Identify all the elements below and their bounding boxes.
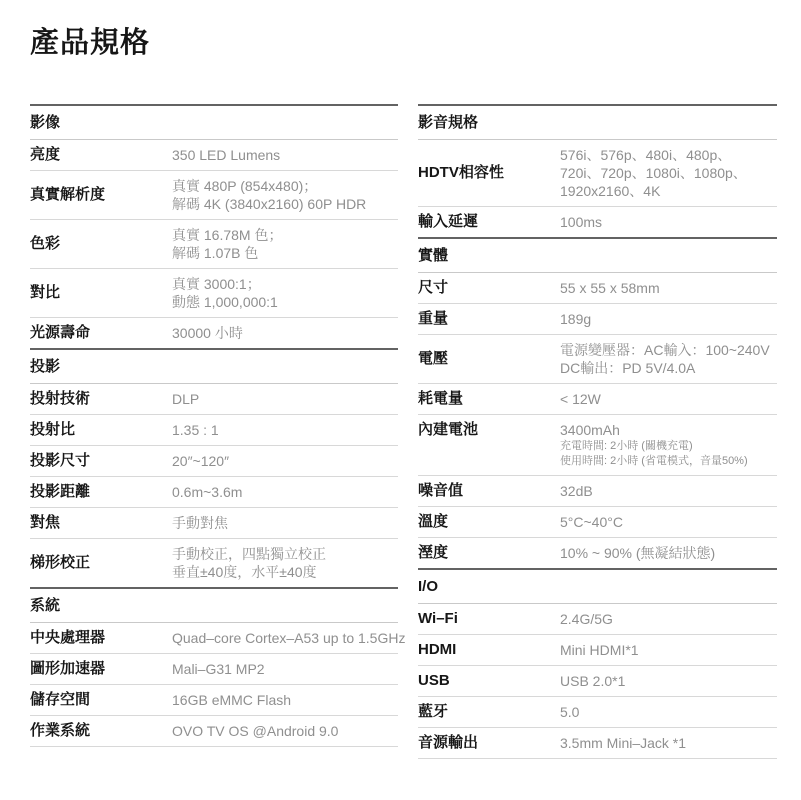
row-value-line: 5°C~40°C <box>560 513 777 531</box>
spec-row: 圖形加速器Mali–G31 MP2 <box>30 654 398 685</box>
row-value-line: 解碼 4K (3840x2160) 60P HDR <box>172 195 398 213</box>
spec-row: 耗電量< 12W <box>418 384 777 415</box>
spec-section: I/OWi–Fi2.4G/5GHDMIMini HDMI*1USBUSB 2.0… <box>418 568 777 759</box>
row-value: Mini HDMI*1 <box>560 641 777 659</box>
row-label: 溫度 <box>418 513 560 531</box>
row-value-line: 32dB <box>560 482 777 500</box>
row-value: 32dB <box>560 482 777 500</box>
row-value: 10% ~ 90% (無凝結狀態) <box>560 544 777 562</box>
row-label: 光源壽命 <box>30 324 172 342</box>
row-value-line: Quad–core Cortex–A53 up to 1.5GHz <box>172 629 398 647</box>
row-value-line: 16GB eMMC Flash <box>172 691 398 709</box>
row-value: OVO TV OS @Android 9.0 <box>172 722 398 740</box>
row-value: 189g <box>560 310 777 328</box>
spec-column-right: 影音規格HDTV相容性576i、576p、480i、480p、720i、720p… <box>418 104 777 759</box>
spec-row: Wi–Fi2.4G/5G <box>418 604 777 635</box>
spec-row: 投影尺寸20″~120″ <box>30 446 398 477</box>
spec-row: 電壓電源變壓器：AC輸入：100~240VDC輸出：PD 5V/4.0A <box>418 335 777 384</box>
row-label: 色彩 <box>30 235 172 253</box>
spec-row: 輸入延遲100ms <box>418 207 777 237</box>
row-value: Mali–G31 MP2 <box>172 660 398 678</box>
spec-row: USBUSB 2.0*1 <box>418 666 777 697</box>
spec-row: 投射技術DLP <box>30 384 398 415</box>
row-value-line: 20″~120″ <box>172 452 398 470</box>
row-value: 20″~120″ <box>172 452 398 470</box>
row-value-line: 動態 1,000,000:1 <box>172 293 398 311</box>
row-label: 溼度 <box>418 544 560 562</box>
row-value-line: 1.35 : 1 <box>172 421 398 439</box>
spec-section: 實體尺寸55 x 55 x 58mm重量189g電壓電源變壓器：AC輸入：100… <box>418 237 777 568</box>
row-value-line: 真實 480P (854x480)； <box>172 177 398 195</box>
row-label: 亮度 <box>30 146 172 164</box>
row-value: 3.5mm Mini–Jack *1 <box>560 734 777 752</box>
row-label: 梯形校正 <box>30 554 172 572</box>
row-value: < 12W <box>560 390 777 408</box>
row-label: Wi–Fi <box>418 610 560 628</box>
row-value: USB 2.0*1 <box>560 672 777 690</box>
spec-columns: 影像亮度350 LED Lumens真實解析度真實 480P (854x480)… <box>30 104 777 759</box>
row-label: 作業系統 <box>30 722 172 740</box>
row-value-line: 100ms <box>560 213 777 231</box>
row-value: 0.6m~3.6m <box>172 483 398 501</box>
row-label: 投影尺寸 <box>30 452 172 470</box>
row-label: 對比 <box>30 284 172 302</box>
row-label: 尺寸 <box>418 279 560 297</box>
spec-row: 對焦手動對焦 <box>30 508 398 539</box>
spec-row: 溼度10% ~ 90% (無凝結狀態) <box>418 538 777 568</box>
section-title: I/O <box>418 570 777 604</box>
row-label: 投影距離 <box>30 483 172 501</box>
spec-page: 產品規格 影像亮度350 LED Lumens真實解析度真實 480P (854… <box>0 0 801 759</box>
row-value-line: 720i、720p、1080i、1080p、 <box>560 164 777 182</box>
row-value-line: 189g <box>560 310 777 328</box>
row-label: 中央處理器 <box>30 629 172 647</box>
spec-row: 藍牙5.0 <box>418 697 777 728</box>
page-title: 產品規格 <box>30 26 777 60</box>
spec-section: 影像亮度350 LED Lumens真實解析度真實 480P (854x480)… <box>30 104 398 348</box>
row-label: 噪音值 <box>418 482 560 500</box>
row-value-line: 1920x2160、4K <box>560 182 777 200</box>
row-value: 5°C~40°C <box>560 513 777 531</box>
row-value-line: 55 x 55 x 58mm <box>560 279 777 297</box>
row-subvalue-line: 充電時間: 2小時 (關機充電) <box>560 439 777 454</box>
row-value: 電源變壓器：AC輸入：100~240VDC輸出：PD 5V/4.0A <box>560 341 777 377</box>
row-value: 手動校正，四點獨立校正垂直±40度，水平±40度 <box>172 545 398 581</box>
row-value-line: 手動對焦 <box>172 514 398 532</box>
row-label: 藍牙 <box>418 703 560 721</box>
spec-row: 作業系統OVO TV OS @Android 9.0 <box>30 716 398 747</box>
row-label: 投射比 <box>30 421 172 439</box>
row-value: 真實 3000:1；動態 1,000,000:1 <box>172 275 398 311</box>
row-value-line: 垂直±40度，水平±40度 <box>172 563 398 581</box>
row-value-line: OVO TV OS @Android 9.0 <box>172 722 398 740</box>
row-label: 對焦 <box>30 514 172 532</box>
row-label: 圖形加速器 <box>30 660 172 678</box>
spec-row: 色彩真實 16.78M 色；解碼 1.07B 色 <box>30 220 398 269</box>
row-label: 真實解析度 <box>30 186 172 204</box>
row-value: Quad–core Cortex–A53 up to 1.5GHz <box>172 629 398 647</box>
row-value-line: USB 2.0*1 <box>560 672 777 690</box>
row-value-line: 3400mAh <box>560 421 777 439</box>
spec-row: 梯形校正手動校正，四點獨立校正垂直±40度，水平±40度 <box>30 539 398 587</box>
row-label: 電壓 <box>418 350 560 368</box>
row-value-line: 2.4G/5G <box>560 610 777 628</box>
row-value-line: Mali–G31 MP2 <box>172 660 398 678</box>
row-value-line: < 12W <box>560 390 777 408</box>
row-value: 55 x 55 x 58mm <box>560 279 777 297</box>
spec-section: 投影投射技術DLP投射比1.35 : 1投影尺寸20″~120″投影距離0.6m… <box>30 348 398 587</box>
row-value-line: 電源變壓器：AC輸入：100~240V <box>560 341 777 359</box>
row-value-line: 真實 16.78M 色； <box>172 226 398 244</box>
row-value: 576i、576p、480i、480p、720i、720p、1080i、1080… <box>560 146 777 200</box>
spec-row: HDMIMini HDMI*1 <box>418 635 777 666</box>
row-label: 重量 <box>418 310 560 328</box>
row-label: 音源輸出 <box>418 734 560 752</box>
row-label: 投射技術 <box>30 390 172 408</box>
section-title: 系統 <box>30 589 398 623</box>
spec-row: 光源壽命30000 小時 <box>30 318 398 348</box>
spec-row: 內建電池3400mAh充電時間: 2小時 (關機充電)使用時間: 2小時 (省電… <box>418 415 777 476</box>
spec-row: 儲存空間16GB eMMC Flash <box>30 685 398 716</box>
row-label: USB <box>418 672 560 690</box>
row-value-line: DLP <box>172 390 398 408</box>
row-value: 350 LED Lumens <box>172 146 398 164</box>
row-label: 輸入延遲 <box>418 213 560 231</box>
spec-row: 投射比1.35 : 1 <box>30 415 398 446</box>
spec-section: 系統中央處理器Quad–core Cortex–A53 up to 1.5GHz… <box>30 587 398 747</box>
row-value: 3400mAh充電時間: 2小時 (關機充電)使用時間: 2小時 (省電模式，音… <box>560 421 777 469</box>
spec-row: 對比真實 3000:1；動態 1,000,000:1 <box>30 269 398 318</box>
section-title: 影像 <box>30 106 398 140</box>
spec-row: 噪音值32dB <box>418 476 777 507</box>
row-label: HDMI <box>418 641 560 659</box>
row-label: HDTV相容性 <box>418 164 560 182</box>
spec-column-left: 影像亮度350 LED Lumens真實解析度真實 480P (854x480)… <box>30 104 398 747</box>
row-value-line: 576i、576p、480i、480p、 <box>560 146 777 164</box>
row-value-line: 真實 3000:1； <box>172 275 398 293</box>
row-value: 真實 16.78M 色；解碼 1.07B 色 <box>172 226 398 262</box>
row-value-line: 解碼 1.07B 色 <box>172 244 398 262</box>
row-value-line: 0.6m~3.6m <box>172 483 398 501</box>
row-value-line: Mini HDMI*1 <box>560 641 777 659</box>
row-value-line: 5.0 <box>560 703 777 721</box>
row-value: 16GB eMMC Flash <box>172 691 398 709</box>
row-value: 30000 小時 <box>172 324 398 342</box>
row-value: 手動對焦 <box>172 514 398 532</box>
spec-row: 真實解析度真實 480P (854x480)；解碼 4K (3840x2160)… <box>30 171 398 220</box>
row-value: 2.4G/5G <box>560 610 777 628</box>
row-value: 100ms <box>560 213 777 231</box>
spec-row: HDTV相容性576i、576p、480i、480p、720i、720p、108… <box>418 140 777 207</box>
row-value: 5.0 <box>560 703 777 721</box>
row-value-line: DC輸出：PD 5V/4.0A <box>560 359 777 377</box>
row-label: 耗電量 <box>418 390 560 408</box>
spec-section: 影音規格HDTV相容性576i、576p、480i、480p、720i、720p… <box>418 104 777 237</box>
spec-row: 重量189g <box>418 304 777 335</box>
section-title: 投影 <box>30 350 398 384</box>
row-value: 真實 480P (854x480)；解碼 4K (3840x2160) 60P … <box>172 177 398 213</box>
row-label: 內建電池 <box>418 421 560 439</box>
row-subvalue-line: 使用時間: 2小時 (省電模式，音量50%) <box>560 454 777 469</box>
spec-row: 音源輸出3.5mm Mini–Jack *1 <box>418 728 777 759</box>
row-value-line: 手動校正，四點獨立校正 <box>172 545 398 563</box>
spec-row: 中央處理器Quad–core Cortex–A53 up to 1.5GHz <box>30 623 398 654</box>
section-title: 實體 <box>418 239 777 273</box>
section-title: 影音規格 <box>418 106 777 140</box>
spec-row: 亮度350 LED Lumens <box>30 140 398 171</box>
row-value-line: 350 LED Lumens <box>172 146 398 164</box>
row-value: DLP <box>172 390 398 408</box>
row-label: 儲存空間 <box>30 691 172 709</box>
row-value: 1.35 : 1 <box>172 421 398 439</box>
spec-row: 溫度5°C~40°C <box>418 507 777 538</box>
row-value-line: 3.5mm Mini–Jack *1 <box>560 734 777 752</box>
row-value-line: 10% ~ 90% (無凝結狀態) <box>560 544 777 562</box>
spec-row: 尺寸55 x 55 x 58mm <box>418 273 777 304</box>
spec-row: 投影距離0.6m~3.6m <box>30 477 398 508</box>
row-value-line: 30000 小時 <box>172 324 398 342</box>
